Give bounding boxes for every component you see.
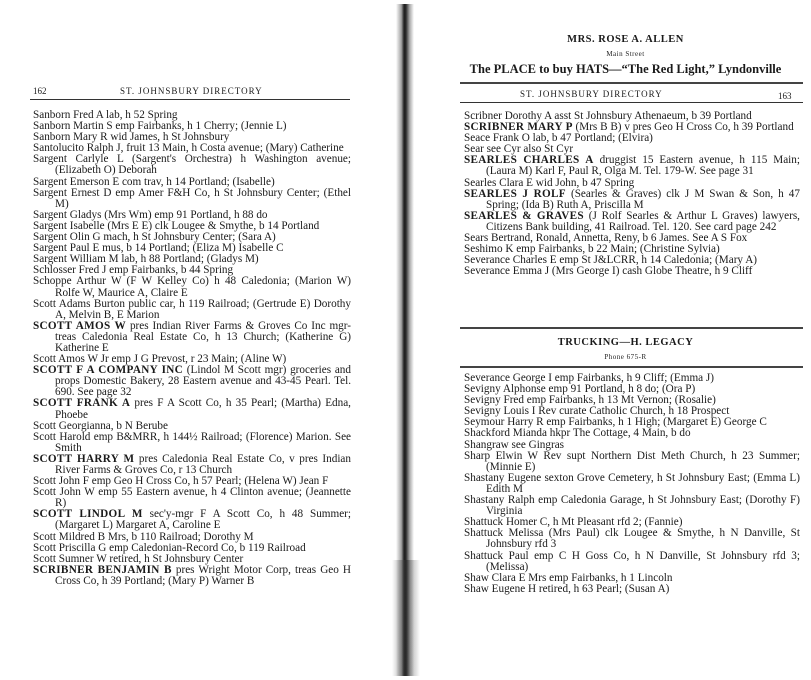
directory-entry: SEARLES CHARLES A druggist 15 Eastern av… bbox=[464, 155, 800, 177]
directory-entry: Shattuck Paul emp C H Goss Co, h N Danvi… bbox=[464, 551, 800, 573]
entry-text: Scott John W emp 55 Eastern avenue, h 4 … bbox=[33, 486, 351, 509]
entry-text: Sargent Ernest D emp Amer F&H Co, h St J… bbox=[33, 187, 351, 210]
directory-entry: Scott Adams Burton public car, h 119 Rai… bbox=[33, 299, 351, 321]
ad-subtitle: Phone 675-R bbox=[440, 353, 811, 361]
entry-text: Severance Emma J (Mrs George I) cash Glo… bbox=[464, 265, 752, 277]
book-spine-shadow bbox=[392, 560, 420, 676]
left-page: 162 ST. JOHNSBURY DIRECTORY Sanborn Fred… bbox=[0, 0, 400, 680]
entry-text: Shastany Eugene sexton Grove Cemetery, h… bbox=[464, 472, 800, 495]
directory-entry: SCOTT F A COMPANY INC (Lindol M Scott mg… bbox=[33, 365, 351, 398]
page-number: 163 bbox=[778, 91, 792, 101]
ad-rule-bottom bbox=[460, 366, 803, 368]
header-rule bbox=[460, 102, 803, 103]
entry-text: Scott Harold emp B&MRR, h 144½ Railroad;… bbox=[33, 431, 351, 454]
directory-entry: SCRIBNER BENJAMIN B pres Wright Motor Co… bbox=[33, 565, 351, 587]
ad-name: MRS. ROSE A. ALLEN bbox=[440, 34, 811, 45]
entry-text: Shaw Eugene H retired, h 63 Pearl; (Susa… bbox=[464, 583, 669, 595]
directory-entry: SCOTT AMOS W pres Indian River Farms & G… bbox=[33, 321, 351, 354]
directory-entry: Severance Emma J (Mrs George I) cash Glo… bbox=[464, 266, 800, 277]
directory-entry: Shastany Ralph emp Caledonia Garage, h S… bbox=[464, 495, 800, 517]
directory-entry: SEARLES J ROLF (Searles & Graves) clk J … bbox=[464, 189, 800, 211]
directory-entry: Scott John W emp 55 Eastern avenue, h 4 … bbox=[33, 487, 351, 509]
ad-slogan: The PLACE to buy HATS—“The Red Light,” L… bbox=[440, 62, 811, 77]
entry-text: Shattuck Melissa (Mrs Paul) clk Lougee &… bbox=[464, 527, 800, 550]
directory-entry: Sargent Ernest D emp Amer F&H Co, h St J… bbox=[33, 188, 351, 210]
directory-entry: SCOTT FRANK A pres F A Scott Co, h 35 Pe… bbox=[33, 398, 351, 420]
ad-rule-top bbox=[460, 327, 803, 329]
directory-entry: Shastany Eugene sexton Grove Cemetery, h… bbox=[464, 473, 800, 495]
directory-entry: SCOTT LINDOL M sec'y-mgr F A Scott Co, h… bbox=[33, 509, 351, 531]
right-page: MRS. ROSE A. ALLEN Main Street The PLACE… bbox=[440, 0, 811, 680]
directory-entry: Scott Harold emp B&MRR, h 144½ Railroad;… bbox=[33, 432, 351, 454]
directory-entry: Shattuck Melissa (Mrs Paul) clk Lougee &… bbox=[464, 528, 800, 550]
header-rule bbox=[30, 99, 350, 100]
entry-text: Sharp Elwin W Rev supt Northern Dist Met… bbox=[464, 450, 800, 473]
entry-text: Schoppe Arthur W (F W Kelley Co) h 48 Ca… bbox=[33, 275, 351, 298]
directory-entry: SCOTT HARRY M pres Caledonia Real Estate… bbox=[33, 454, 351, 476]
directory-entries-top: Scribner Dorothy A asst St Johnsbury Ath… bbox=[464, 111, 800, 277]
running-head: ST. JOHNSBURY DIRECTORY bbox=[120, 86, 263, 96]
page-number: 162 bbox=[33, 86, 47, 96]
ad-rule bbox=[460, 82, 803, 84]
entry-text: Shattuck Paul emp C H Goss Co, h N Danvi… bbox=[464, 550, 800, 573]
entry-text: Scott Adams Burton public car, h 119 Rai… bbox=[33, 298, 351, 321]
directory-entry: Shaw Eugene H retired, h 63 Pearl; (Susa… bbox=[464, 584, 800, 595]
running-head: ST. JOHNSBURY DIRECTORY bbox=[520, 89, 663, 99]
directory-entry: SEARLES & GRAVES (J Rolf Searles & Arthu… bbox=[464, 211, 800, 233]
directory-entries-bottom: Severance George I emp Fairbanks, h 9 Cl… bbox=[464, 373, 800, 595]
entry-text: Shastany Ralph emp Caledonia Garage, h S… bbox=[464, 494, 800, 517]
directory-entries: Sanborn Fred A lab, h 52 SpringSanborn M… bbox=[33, 110, 351, 587]
directory-entry: Schoppe Arthur W (F W Kelley Co) h 48 Ca… bbox=[33, 276, 351, 298]
directory-entry: Sargent Carlyle L (Sargent's Orchestra) … bbox=[33, 154, 351, 176]
ad-subtitle: Main Street bbox=[440, 50, 811, 58]
directory-entry: Sharp Elwin W Rev supt Northern Dist Met… bbox=[464, 451, 800, 473]
ad-name: TRUCKING—H. LEGACY bbox=[440, 337, 811, 348]
entry-text: Sargent Carlyle L (Sargent's Orchestra) … bbox=[33, 153, 351, 176]
